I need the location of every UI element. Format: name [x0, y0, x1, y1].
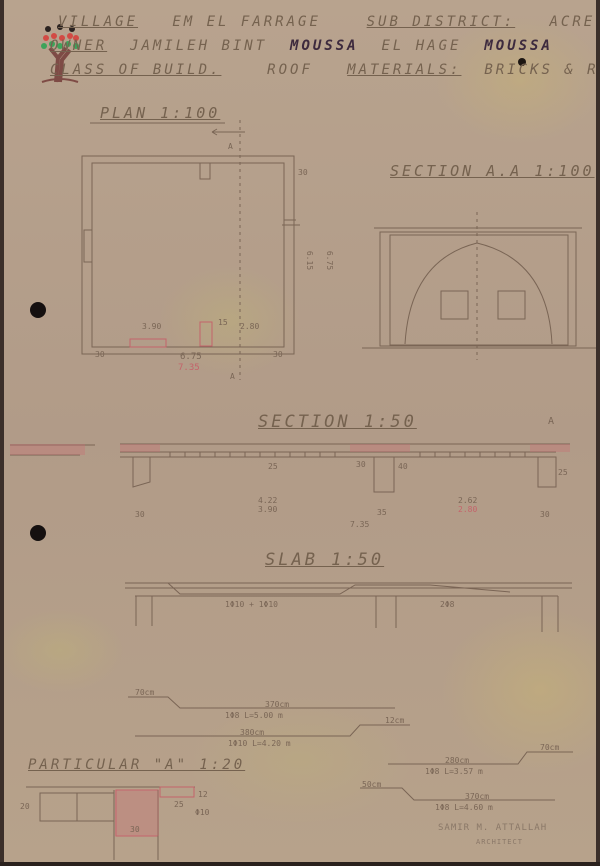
- plan-dim-pier: 15: [218, 318, 228, 327]
- plan-section-marker-top: A: [228, 142, 233, 151]
- sec-dim-span-a-top: 4.22: [258, 496, 277, 505]
- bar4-hook: 50cm: [362, 780, 381, 789]
- bar1-hook: 70cm: [135, 688, 154, 697]
- sec-dim-right-beam: 30: [540, 510, 550, 519]
- bar1-length: 370cm: [265, 700, 289, 709]
- slab-rebar-right: 2Φ8: [440, 600, 454, 609]
- bar3-spec: 1Φ8 L=3.57 m: [425, 767, 483, 776]
- sec-dim-span-b-bottom: 2.80: [458, 505, 477, 514]
- bar3-length: 280cm: [445, 756, 469, 765]
- plan-section-marker-bottom: A: [230, 372, 235, 381]
- sec-dim-span-b-top: 2.62: [458, 496, 477, 505]
- bar4-length: 370cm: [465, 792, 489, 801]
- sec-dim-mid-label: 25: [268, 462, 278, 471]
- drawing-sheet: VILLAGE EM EL FARRAGE SUB DISTRICT: ACRE…: [0, 0, 600, 866]
- part-dim-d1: 20: [20, 802, 30, 811]
- plan-dim-right-corner: 30: [298, 168, 308, 177]
- plan-dim-wall-left: 30: [95, 350, 105, 359]
- plan-dim-height-inner: 6.15: [305, 251, 314, 270]
- sec-detail-marker: A: [548, 416, 554, 427]
- plan-dim-left-opening: 3.90: [142, 322, 161, 331]
- plan-dim-width-inner: 6.75: [180, 352, 202, 362]
- part-dim-rebar: Φ10: [195, 808, 209, 817]
- plan-dim-right-opening: 2.80: [240, 322, 259, 331]
- drawing-linework: [0, 0, 600, 866]
- sec-dim-mid-beam: 35: [377, 508, 387, 517]
- sec-dim-span-a-bottom: 3.90: [258, 505, 277, 514]
- part-dim-slab: 12: [198, 790, 208, 799]
- plan-dim-height-outer: 6.75: [325, 251, 334, 270]
- part-dim-d3: 30: [130, 825, 140, 834]
- bar4-spec: 1Φ8 L=4.60 m: [435, 803, 493, 812]
- bar2-spec: 1Φ10 L=4.20 m: [228, 739, 291, 748]
- plan-dim-wall-right: 30: [273, 350, 283, 359]
- sec-dim-side-2: 40: [398, 462, 408, 471]
- signature-name: SAMIR M. ATTALLAH: [438, 823, 547, 833]
- sec-dim-side-3: 25: [558, 468, 568, 477]
- slab-rebar-left: 1Φ10 + 1Φ10: [225, 600, 278, 609]
- bar2-length: 380cm: [240, 728, 264, 737]
- plan-dim-width-outer: 7.35: [178, 363, 200, 373]
- signature-role: ARCHITECT: [476, 838, 523, 846]
- part-dim-d2: 25: [174, 800, 184, 809]
- bar2-hook: 12cm: [385, 716, 404, 725]
- bar3-hook: 70cm: [540, 743, 559, 752]
- sec-dim-total: 7.35: [350, 520, 369, 529]
- bar1-spec: 1Φ8 L=5.00 m: [225, 711, 283, 720]
- sec-dim-side-1: 30: [356, 460, 366, 469]
- sec-dim-left-beam: 30: [135, 510, 145, 519]
